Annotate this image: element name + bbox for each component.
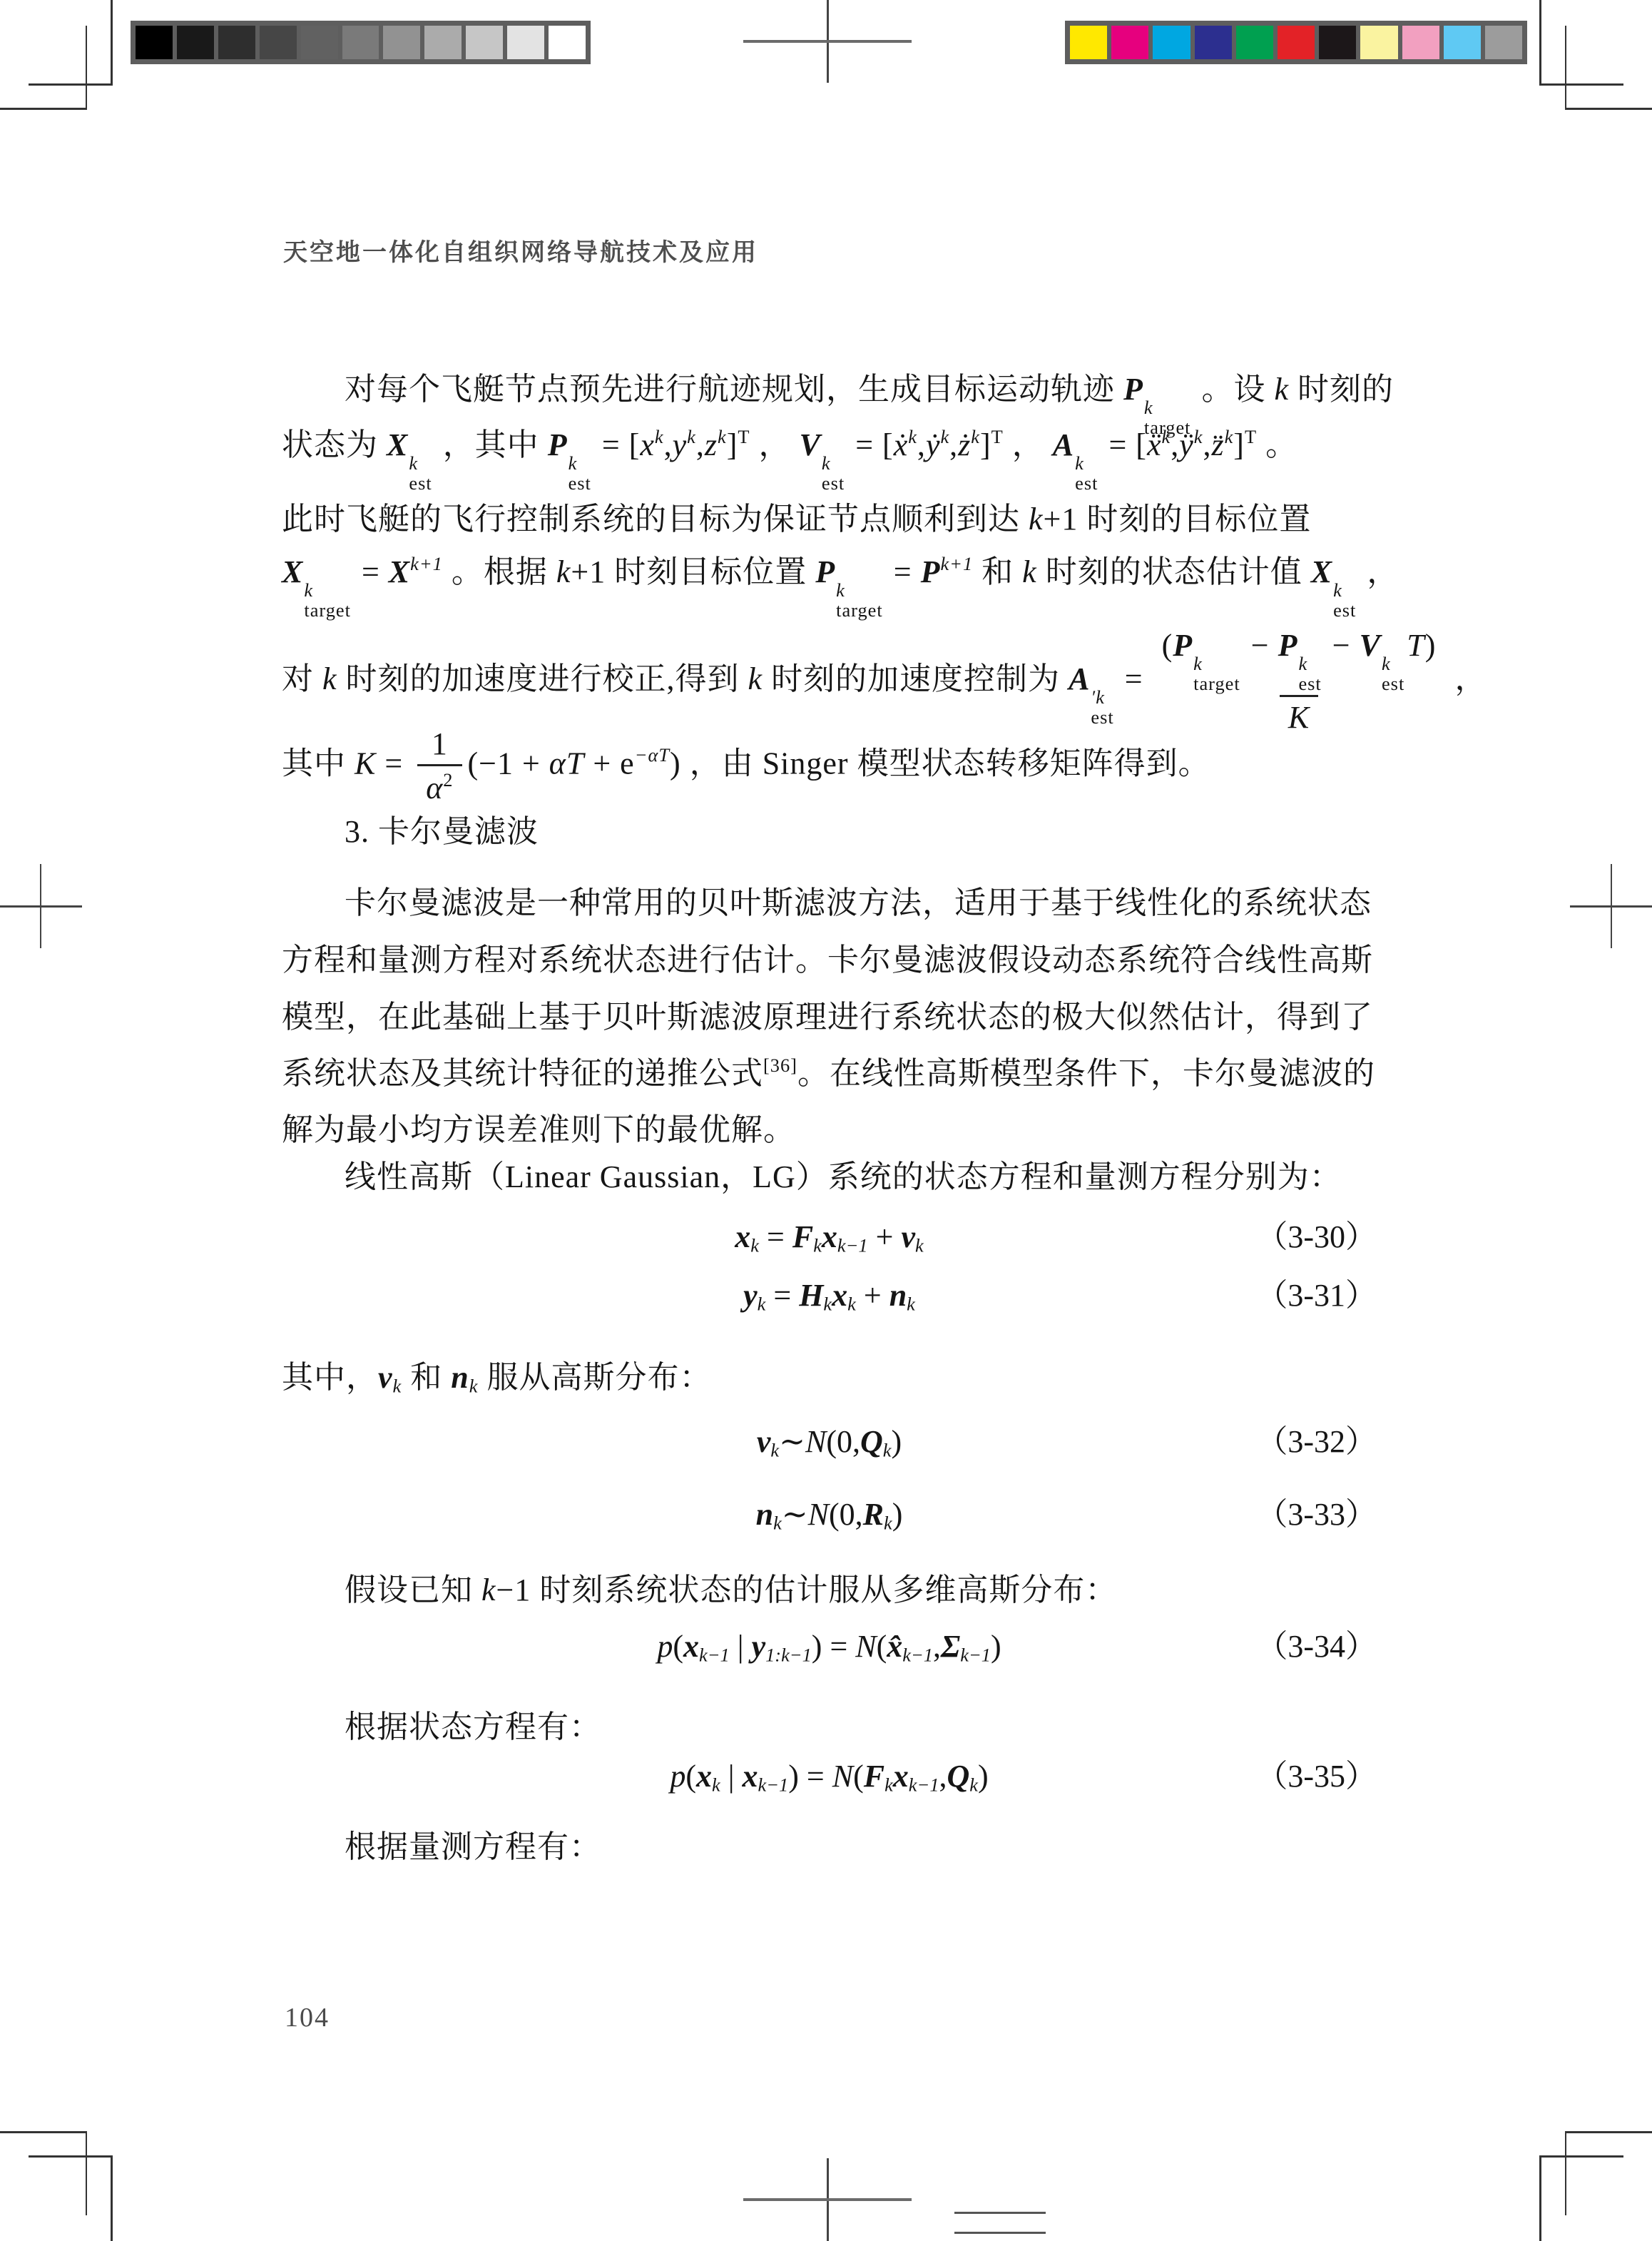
calibration-cell	[1319, 26, 1356, 59]
math-token: )	[892, 1497, 903, 1532]
math-token: 。根据	[443, 554, 556, 589]
math-token: (	[1162, 628, 1173, 663]
paragraph-line: 系统状态及其统计特征的递推公式[36]。在线性高斯模型条件下，卡尔曼滤波的	[282, 1054, 1377, 1093]
math-token: k	[655, 426, 664, 447]
math-token: v	[901, 1219, 915, 1254]
math-token: n	[451, 1360, 469, 1395]
calibration-cell	[177, 26, 214, 59]
math-token: k	[712, 1774, 720, 1796]
math-token: k	[915, 1235, 924, 1256]
math-token: k+1	[410, 553, 443, 574]
equation-number: （3-34）	[1256, 1627, 1377, 1666]
math-token: n	[889, 1278, 907, 1313]
math-token: k−1	[758, 1774, 789, 1796]
math-token: ) =	[788, 1759, 832, 1794]
math-token: (	[877, 1629, 887, 1664]
paragraph-line: Xktarget = Xk+1 。根据 k+1 时刻目标位置 Pktarget …	[282, 552, 1377, 620]
math-subscript: est	[409, 474, 432, 494]
calibration-cell	[1070, 26, 1107, 59]
equation-row: yk = Hkxk + nk （3-31）	[282, 1276, 1377, 1327]
math-token: )	[991, 1629, 1001, 1664]
math-token: k	[1194, 426, 1203, 447]
math-subscript: est	[1382, 674, 1404, 694]
math-token: x	[683, 1629, 699, 1664]
math-token: k	[908, 426, 917, 447]
math-token: ẏ	[926, 427, 941, 462]
page-number: 104	[285, 2002, 330, 2033]
math-token: k	[1275, 372, 1290, 407]
math-token: −	[1243, 628, 1278, 663]
crop-mark-bottom-right-v1	[1539, 2155, 1541, 2241]
math-token: P	[921, 554, 941, 589]
math-token: Σ	[941, 1629, 960, 1664]
math-token: 。	[1257, 427, 1297, 462]
math-token: k−1	[909, 1774, 939, 1796]
math-token: T	[991, 426, 1004, 447]
paragraph-line: 线性高斯（Linear Gaussian，LG）系统的状态方程和量测方程分别为：	[282, 1157, 1377, 1196]
math-token: k	[907, 1294, 915, 1315]
calibration-cell	[1278, 26, 1315, 59]
math-token: −αT	[635, 744, 670, 766]
math-token: )	[978, 1759, 989, 1794]
math-token: ,	[1171, 427, 1179, 462]
calibration-cell	[260, 26, 297, 59]
math-token: k	[748, 661, 763, 696]
calibration-cell	[1111, 26, 1148, 59]
math-token: ) ，由 Singer 模型状态转移矩阵得到。	[670, 746, 1210, 781]
math-token: ÿ	[1179, 427, 1194, 462]
math-supsub: kest	[409, 454, 432, 493]
math-token: ,	[933, 1629, 941, 1664]
math-token: ，	[1358, 554, 1399, 589]
math-token: = [	[1100, 427, 1146, 462]
equation: xk = Fkxk−1 + vk	[735, 1217, 923, 1258]
math-token: 。在线性高斯模型条件下，卡尔曼滤波的	[797, 1056, 1375, 1091]
math-subscript: est	[1075, 474, 1098, 494]
math-token: 时刻的加速度进行校正,得到	[337, 661, 748, 696]
math-token: k	[1022, 554, 1037, 589]
math-token: F	[864, 1759, 884, 1794]
math-fraction: 1α2	[417, 726, 462, 806]
math-superscript: k	[1075, 454, 1084, 474]
math-token: αT	[549, 746, 585, 781]
calibration-cell	[1236, 26, 1273, 59]
math-token: k	[393, 1376, 402, 1397]
crop-mark-bottom-left-v2	[86, 2131, 87, 2215]
math-superscript: k	[304, 581, 313, 601]
math-subscript: est	[1298, 674, 1321, 694]
math-token: =	[765, 1278, 799, 1313]
math-token: )	[891, 1424, 902, 1459]
math-token: P	[815, 554, 835, 589]
math-token: |	[720, 1759, 743, 1794]
equation-row: nk∼N(0,Rk) （3-33）	[282, 1495, 1377, 1546]
crop-mark-top-left-v2	[86, 26, 87, 110]
calibration-cell	[342, 26, 379, 59]
math-token: ẍ	[1147, 427, 1162, 462]
math-token: )	[1425, 628, 1437, 663]
math-token: k	[883, 1440, 892, 1461]
math-token: ]	[1233, 427, 1245, 462]
math-token: ∼	[779, 1424, 805, 1459]
math-token: k	[481, 1572, 496, 1607]
math-token: α	[426, 771, 443, 806]
math-token: k	[1029, 502, 1044, 537]
math-token: P	[548, 427, 568, 462]
math-token: ẋ	[894, 427, 909, 462]
math-token: p	[657, 1629, 673, 1664]
fraction-numerator: (Pktarget − Pkest − VkestT)	[1158, 628, 1441, 693]
math-token: (	[685, 1759, 696, 1794]
math-token: k−1	[960, 1645, 991, 1666]
math-token: ，其中	[434, 427, 548, 462]
math-token: ) =	[812, 1629, 855, 1664]
math-token: X	[1311, 554, 1332, 589]
grayscale-calibration-bar	[131, 21, 591, 64]
math-token: 方程和量测方程对系统状态进行估计。卡尔曼滤波假设动态系统符合线性高斯	[282, 942, 1373, 977]
paragraph-line: 方程和量测方程对系统状态进行估计。卡尔曼滤波假设动态系统符合线性高斯	[282, 940, 1377, 980]
math-token: P	[1278, 628, 1298, 663]
crop-mark-top-left-h1	[29, 83, 112, 86]
calibration-cell	[1485, 26, 1522, 59]
math-subscript: target	[1193, 674, 1240, 694]
crop-mark-bottom-left-v1	[111, 2155, 113, 2241]
math-token: A	[1069, 661, 1090, 696]
equation: vk∼N(0,Qk)	[757, 1422, 902, 1463]
crop-mark-bottom-right-h1	[1540, 2155, 1623, 2158]
calibration-cell	[383, 26, 420, 59]
math-token: y	[752, 1629, 766, 1664]
math-token: T	[738, 426, 750, 447]
math-token: k	[770, 1440, 779, 1461]
crop-mark-top-right-v1	[1539, 0, 1541, 86]
math-token: z̈	[1211, 427, 1224, 462]
math-token: y	[673, 427, 688, 462]
register-mark-right-middle-v	[1611, 864, 1612, 948]
paragraph-line: 解为最小均方误差准则下的最优解。	[282, 1110, 1377, 1149]
fold-mark-bottom-h2	[954, 2232, 1046, 2234]
math-token: P	[1173, 628, 1193, 663]
math-token: ż	[958, 427, 971, 462]
math-token: k	[1161, 426, 1171, 447]
crop-mark-bottom-right-h2	[1565, 2131, 1652, 2133]
math-token: k	[1225, 426, 1234, 447]
equation-number: （3-32）	[1256, 1422, 1377, 1461]
math-superscript: k	[822, 454, 831, 474]
math-token: k	[813, 1235, 822, 1256]
math-token: 根据状态方程有：	[345, 1709, 601, 1744]
math-token: H	[799, 1278, 823, 1313]
math-token: k	[884, 1513, 892, 1534]
math-supsub: kest	[568, 454, 591, 493]
equation-number: （3-33）	[1256, 1495, 1377, 1534]
math-token: x	[743, 1759, 758, 1794]
math-token: 服从高斯分布：	[478, 1360, 711, 1395]
math-token: 解为最小均方误差准则下的最优解。	[282, 1112, 795, 1147]
calibration-cell	[301, 26, 338, 59]
math-token: V	[800, 427, 821, 462]
math-token: 对	[282, 661, 322, 696]
math-token: N	[855, 1629, 876, 1664]
paragraph-line: 根据量测方程有：	[282, 1827, 1377, 1866]
math-token: k	[884, 1774, 893, 1796]
math-token: K	[355, 746, 376, 781]
crop-mark-bottom-left-h2	[0, 2131, 87, 2133]
math-token: 1	[432, 726, 448, 761]
math-token: k	[469, 1376, 479, 1397]
math-token: 线性高斯（Linear Gaussian，LG）系统的状态方程和量测方程分别为：	[345, 1159, 1342, 1194]
math-superscript: k	[1382, 654, 1391, 674]
math-subscript: est	[568, 474, 591, 494]
math-token: F	[792, 1219, 813, 1254]
math-token: ]	[727, 427, 738, 462]
math-token: 其中	[282, 746, 355, 781]
calibration-cell	[1360, 26, 1397, 59]
math-token: ，	[1004, 427, 1053, 462]
crop-mark-top-right-h2	[1565, 108, 1652, 110]
crop-mark-top-right-v2	[1565, 26, 1566, 110]
math-token: N	[832, 1759, 853, 1794]
math-supsub: kest	[1333, 581, 1356, 620]
paragraph-line: 假设已知 k−1 时刻系统状态的估计服从多维高斯分布：	[282, 1570, 1377, 1610]
math-token: 时刻的加速度控制为	[763, 661, 1069, 696]
equation: p(xk | xk−1) = N(Fkxk−1,Qk)	[670, 1757, 988, 1797]
math-supsub: ktarget	[836, 581, 883, 620]
crop-mark-top-left-v1	[111, 0, 113, 86]
math-token: =	[759, 1219, 792, 1254]
math-token: ,	[1203, 427, 1211, 462]
equation-row: vk∼N(0,Qk) （3-32）	[282, 1422, 1377, 1473]
math-subscript: est	[822, 474, 845, 494]
paragraph-line: 状态为 Xkest ，其中 Pkest = [xk,yk,zk]T ， Vkes…	[282, 425, 1377, 493]
equation-number: （3-31）	[1256, 1276, 1377, 1315]
math-token: =	[885, 554, 921, 589]
math-token: ,	[917, 427, 926, 462]
math-token: ,	[939, 1759, 947, 1794]
math-token: ,	[696, 427, 705, 462]
math-superscript: k	[568, 454, 578, 474]
equation: nk∼N(0,Rk)	[756, 1495, 903, 1535]
math-superscript: k	[409, 454, 418, 474]
crop-mark-top-right-h1	[1540, 83, 1623, 86]
math-supsub: ktarget	[304, 581, 351, 620]
math-supsub: ′kest	[1091, 688, 1113, 727]
color-calibration-bar	[1065, 21, 1527, 64]
math-token: +	[856, 1278, 889, 1313]
math-token: x	[832, 1278, 847, 1313]
crop-mark-bottom-center-h	[743, 2198, 912, 2201]
math-token: =	[376, 746, 412, 781]
math-superscript: k	[1298, 654, 1307, 674]
paragraph-line: 对 k 时刻的加速度进行校正,得到 k 时刻的加速度控制为 A′kest = (…	[282, 628, 1377, 736]
math-token: =	[353, 554, 389, 589]
paragraph-line: 根据状态方程有：	[282, 1707, 1377, 1747]
calibration-cell	[549, 26, 586, 59]
equation-number: （3-35）	[1256, 1757, 1377, 1796]
math-token: k−1	[837, 1235, 868, 1256]
math-token: +1 时刻的目标位置	[1044, 502, 1312, 537]
fold-mark-bottom-h1	[954, 2212, 1046, 2214]
math-token: ∼	[782, 1497, 808, 1532]
math-token: ，	[1446, 661, 1487, 696]
math-token: 其中，	[282, 1360, 378, 1395]
calibration-cell	[507, 26, 544, 59]
math-token: p	[670, 1759, 685, 1794]
fraction-numerator: 1	[427, 726, 452, 763]
math-superscript: k	[836, 581, 845, 601]
math-token: k−1	[902, 1645, 933, 1666]
math-token: x	[696, 1759, 712, 1794]
math-token: k	[847, 1294, 856, 1315]
paragraph-line: 其中 K = 1α2(−1 + αT + e−αT) ，由 Singer 模型状…	[282, 726, 1377, 806]
math-token: 对每个飞艇节点预先进行航迹规划，生成目标运动轨迹	[345, 372, 1123, 407]
calibration-cell	[424, 26, 462, 59]
math-token: −1 时刻系统状态的估计服从多维高斯分布：	[496, 1572, 1118, 1607]
math-token: 和	[402, 1360, 451, 1395]
math-token: k	[971, 426, 980, 447]
math-token: y	[743, 1278, 758, 1313]
math-supsub: kest	[1382, 654, 1404, 693]
math-token: Q	[947, 1759, 970, 1794]
math-superscript: k	[1193, 654, 1203, 674]
math-token: = [	[847, 427, 893, 462]
math-token: 和	[973, 554, 1022, 589]
calibration-cell	[136, 26, 173, 59]
math-token: N	[808, 1497, 829, 1532]
calibration-cell	[1195, 26, 1232, 59]
math-superscript: k	[1333, 581, 1342, 601]
math-token: T	[1407, 628, 1424, 663]
crop-mark-top-left-h2	[0, 108, 87, 110]
math-token: ,	[949, 427, 958, 462]
math-token: 系统状态及其统计特征的递推公式	[282, 1056, 763, 1091]
math-token: 根据量测方程有：	[345, 1829, 601, 1864]
math-token: k	[322, 661, 337, 696]
math-token: x	[735, 1219, 750, 1254]
math-token: k	[969, 1774, 978, 1796]
math-token: k	[823, 1294, 832, 1315]
math-token: 时刻的状态估计值	[1037, 554, 1311, 589]
math-supsub: ktarget	[1193, 654, 1240, 693]
math-token: z	[705, 427, 718, 462]
math-token: 3. 卡尔曼滤波	[345, 814, 539, 849]
math-token: 此时飞艇的飞行控制系统的目标为保证节点顺利到达	[282, 502, 1029, 537]
math-token: (	[853, 1759, 864, 1794]
equation-number: （3-30）	[1256, 1217, 1377, 1256]
math-token: 卡尔曼滤波是一种常用的贝叶斯滤波方法，适用于基于线性化的系统状态	[345, 885, 1372, 920]
math-token: 时刻的	[1289, 372, 1394, 407]
math-token: X	[387, 427, 408, 462]
math-token: (0,	[829, 1497, 863, 1532]
paragraph-line: 其中，vk 和 nk 服从高斯分布：	[282, 1358, 1377, 1398]
paragraph-line: 模型，在此基础上基于贝叶斯滤波原理进行系统状态的极大似然估计，得到了	[282, 997, 1377, 1037]
math-token: n	[756, 1497, 773, 1532]
crop-mark-bottom-right-v2	[1565, 2131, 1566, 2215]
math-token: 模型，在此基础上基于贝叶斯滤波原理进行系统状态的极大似然估计，得到了	[282, 1000, 1373, 1035]
math-token: ,	[664, 427, 673, 462]
math-token: 2	[443, 769, 453, 791]
math-token: (	[673, 1629, 683, 1664]
math-token: ]	[980, 427, 991, 462]
math-token: +1 时刻目标位置	[571, 554, 815, 589]
calibration-cell	[1402, 26, 1439, 59]
math-token: k	[718, 426, 727, 447]
math-token: A	[1053, 427, 1074, 462]
math-token: k	[750, 1235, 759, 1256]
math-token: x	[640, 427, 655, 462]
math-token: R	[863, 1497, 884, 1532]
math-token: V	[1360, 628, 1381, 663]
equation-row: p(xk−1 | y1:k−1) = N(x̂k−1,Σk−1) （3-34）	[282, 1627, 1377, 1678]
math-token: N	[805, 1424, 826, 1459]
math-subscript: target	[304, 601, 351, 621]
math-supsub: kest	[822, 454, 845, 493]
math-token: + e	[584, 746, 634, 781]
paragraph-line: 此时飞艇的飞行控制系统的目标为保证节点顺利到达 k+1 时刻的目标位置	[282, 499, 1377, 539]
math-token: k−1	[699, 1645, 730, 1666]
calibration-cell	[1444, 26, 1481, 59]
math-token: = [	[593, 427, 640, 462]
math-token: ，	[750, 427, 800, 462]
math-token: k	[556, 554, 571, 589]
math-fraction: (Pktarget − Pkest − VkestT)K	[1158, 628, 1441, 736]
equation-row: xk = Fkxk−1 + vk （3-30）	[282, 1217, 1377, 1269]
math-token: x̂	[887, 1629, 902, 1664]
crop-mark-bottom-left-h1	[29, 2155, 112, 2158]
math-token: (−1 +	[468, 746, 549, 781]
math-token: k	[940, 426, 949, 447]
math-token: (0,	[826, 1424, 860, 1459]
equation-row: p(xk | xk−1) = N(Fkxk−1,Qk) （3-35）	[282, 1757, 1377, 1808]
math-token: X	[282, 554, 303, 589]
math-token: k	[758, 1294, 766, 1315]
math-token: k	[773, 1513, 782, 1534]
math-supsub: kest	[1298, 654, 1321, 693]
equation: p(xk−1 | y1:k−1) = N(x̂k−1,Σk−1)	[657, 1627, 1001, 1667]
math-token: −	[1324, 628, 1360, 663]
math-token: =	[1116, 661, 1152, 696]
section-heading: 3. 卡尔曼滤波	[282, 812, 1377, 851]
math-token: v	[378, 1360, 393, 1395]
math-token: 假设已知	[345, 1572, 481, 1607]
math-token: v	[757, 1424, 771, 1459]
math-token: [36]	[763, 1055, 797, 1076]
register-mark-left-middle-v	[40, 864, 41, 948]
equation: yk = Hkxk + nk	[743, 1276, 915, 1316]
math-token: +	[868, 1219, 902, 1254]
book-page: 天空地一体化自组织网络导航技术及应用 对每个飞艇节点预先进行航迹规划，生成目标运…	[0, 0, 1652, 2241]
paragraph-line: 卡尔曼滤波是一种常用的贝叶斯滤波方法，适用于基于线性化的系统状态	[282, 883, 1377, 923]
math-token: k	[687, 426, 696, 447]
math-token: P	[1123, 372, 1143, 407]
crop-mark-top-center-h	[743, 40, 912, 43]
math-token: X	[389, 554, 410, 589]
calibration-cell	[218, 26, 255, 59]
math-supsub: kest	[1075, 454, 1098, 493]
running-head-title: 天空地一体化自组织网络导航技术及应用	[283, 233, 758, 268]
fraction-denominator: α2	[417, 764, 462, 807]
math-superscript: k	[1144, 398, 1153, 418]
math-token: T	[1245, 426, 1257, 447]
math-token: Q	[860, 1424, 883, 1459]
math-subscript: est	[1333, 601, 1356, 621]
calibration-cell	[466, 26, 503, 59]
math-superscript: ′k	[1091, 688, 1105, 708]
math-subscript: est	[1091, 708, 1113, 728]
math-subscript: target	[836, 601, 883, 621]
math-token: |	[730, 1629, 752, 1664]
calibration-cell	[1153, 26, 1190, 59]
